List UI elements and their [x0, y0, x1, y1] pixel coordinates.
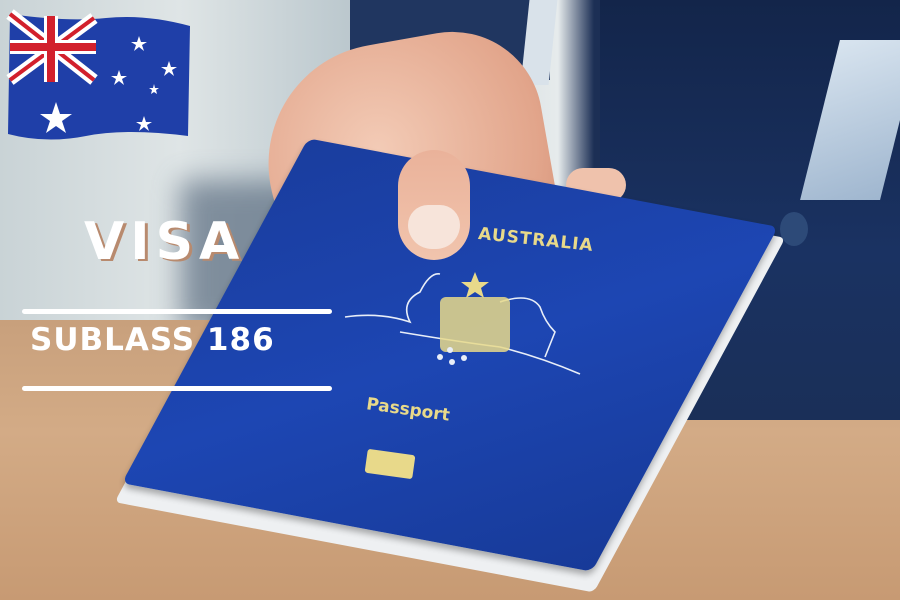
coat-of-arms-icon	[340, 262, 590, 382]
thumbnail	[408, 205, 460, 249]
photo-scene: AUSTRALIA Passport VISA SUBLASS 186	[0, 0, 900, 600]
visa-heading: VISA	[84, 212, 245, 272]
divider-top	[22, 309, 332, 314]
divider-bottom	[22, 386, 332, 391]
australia-flag-icon	[6, 8, 192, 140]
jacket-button	[780, 212, 808, 246]
visa-subclass: SUBLASS 186	[30, 322, 275, 358]
